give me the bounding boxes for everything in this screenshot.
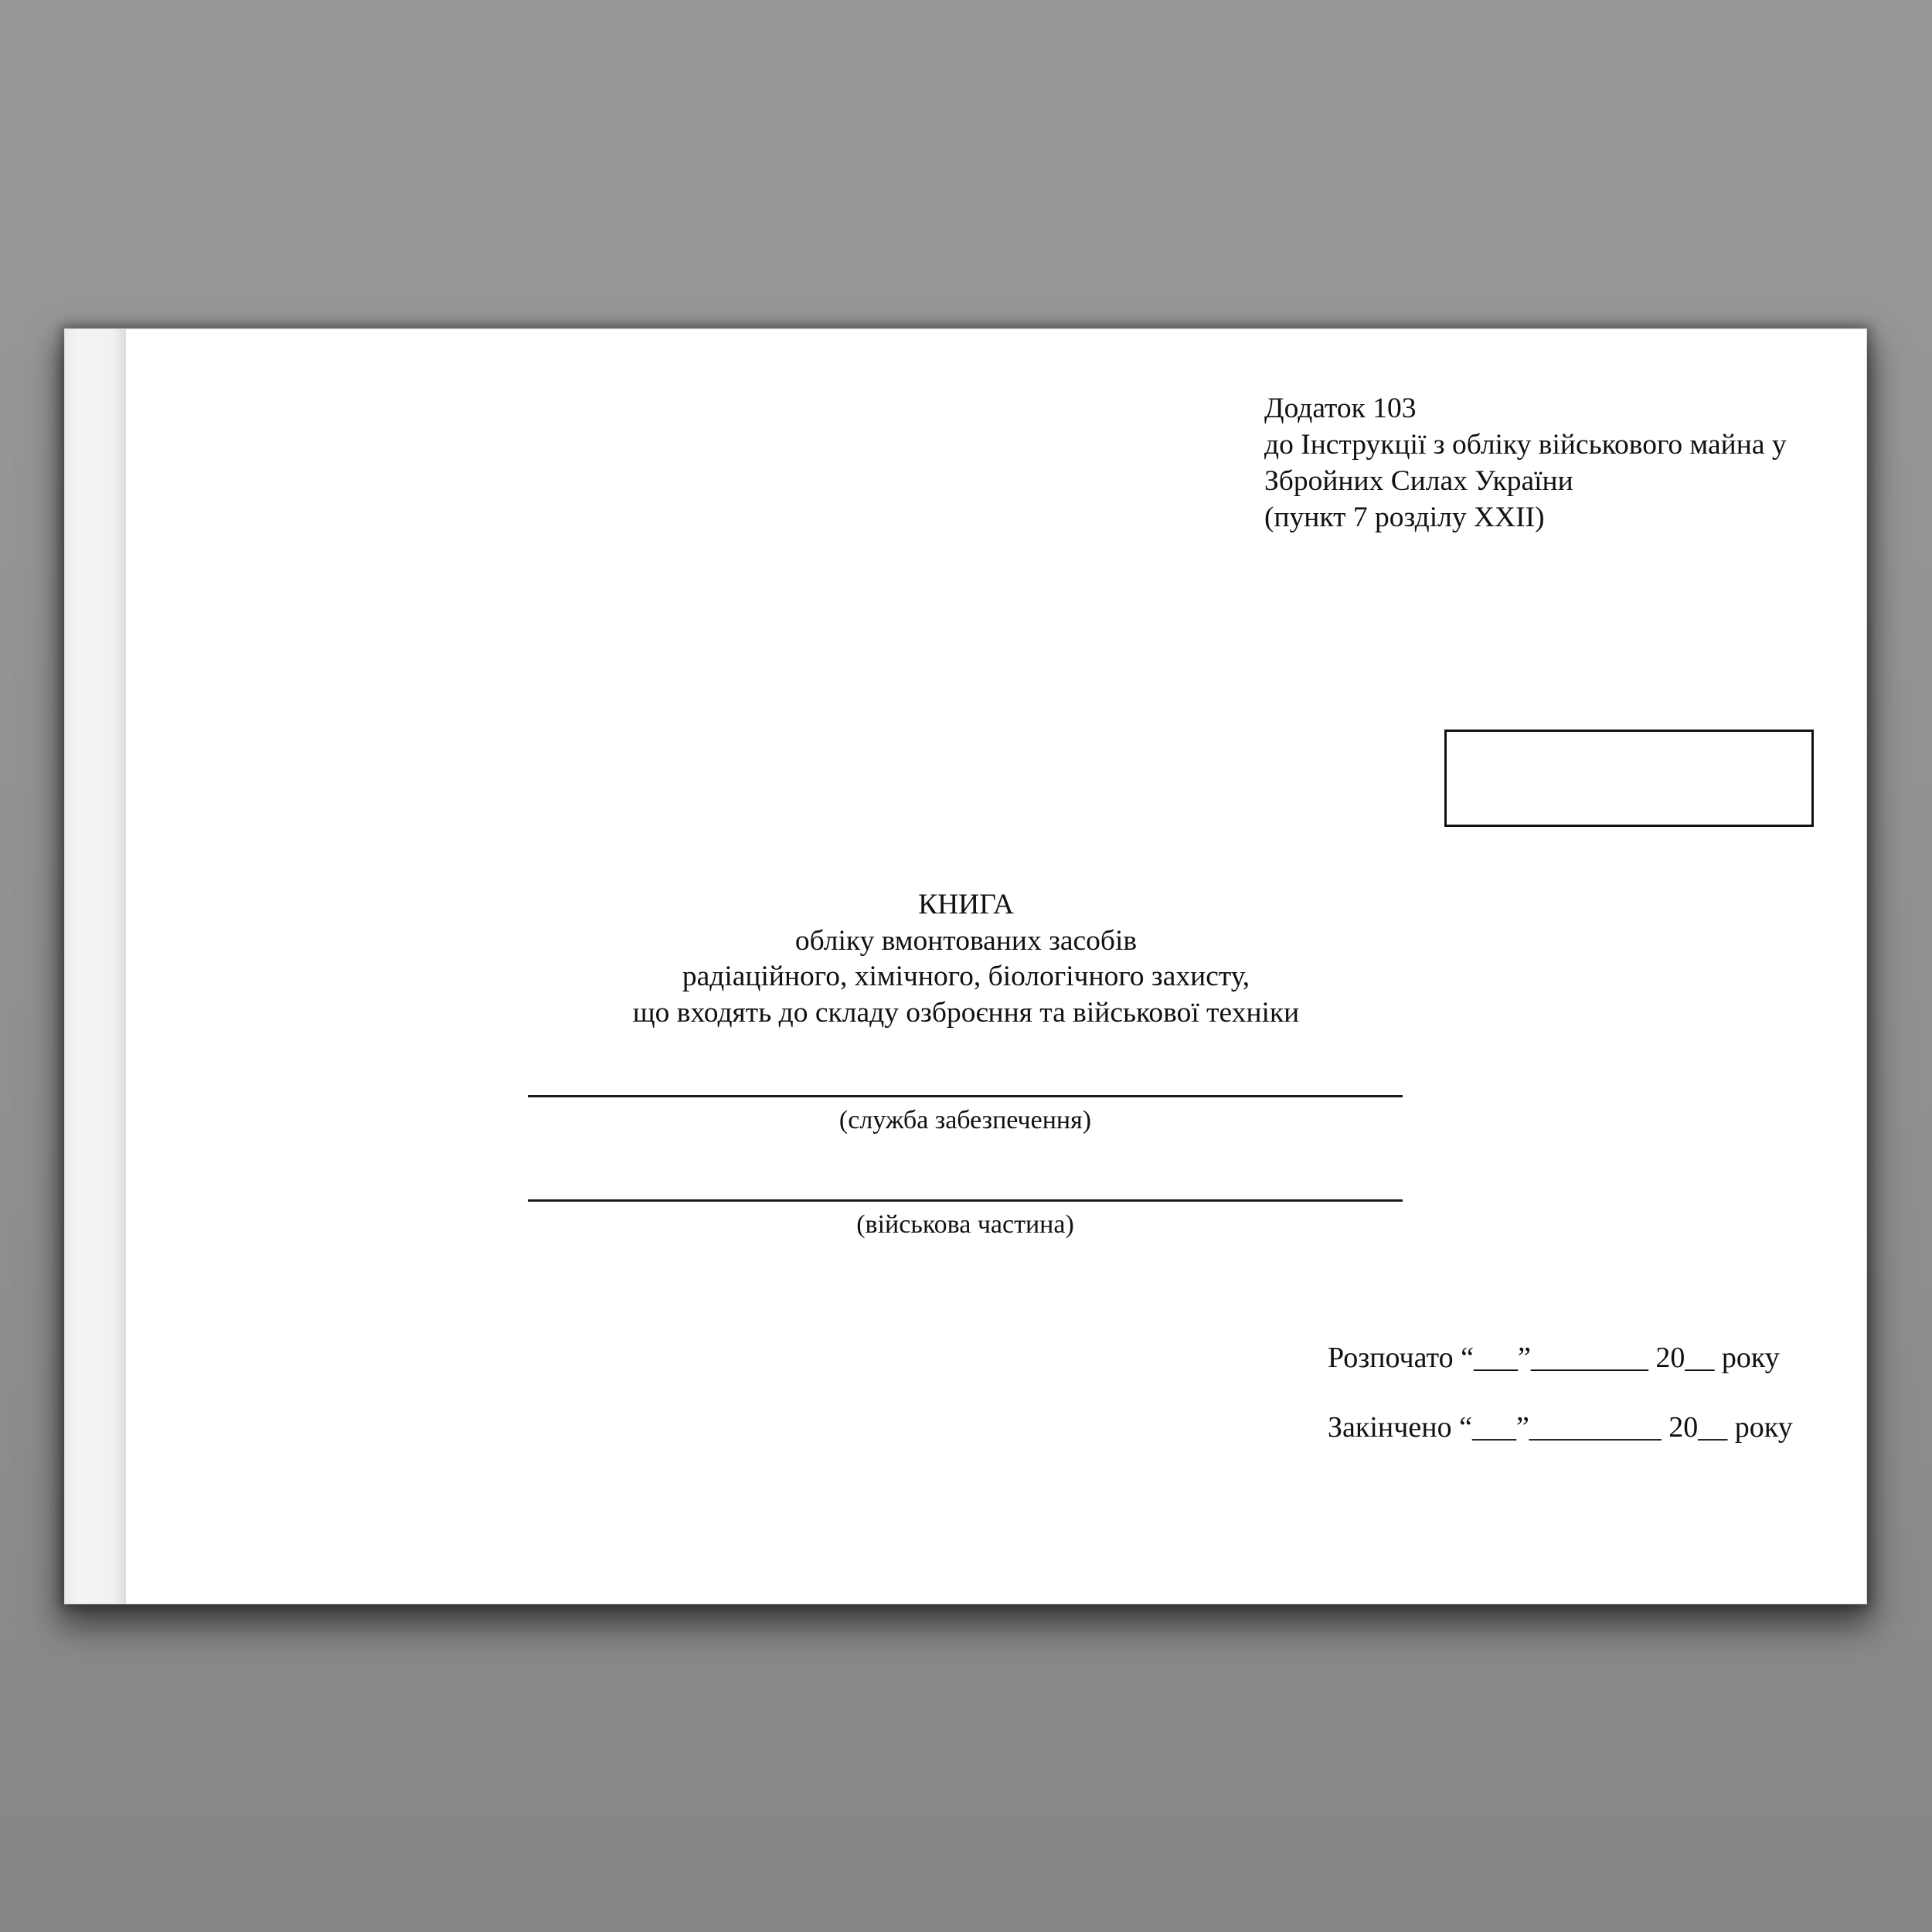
- appendix-number: Додаток 103: [1264, 390, 1787, 427]
- book-cover: Додаток 103 до Інструкції з обліку війсь…: [64, 328, 1867, 1604]
- service-field-line[interactable]: [528, 1095, 1403, 1097]
- title-line-2: радіаційного, хімічного, біологічного за…: [633, 959, 1299, 995]
- date-finished: Закінчено “___”_________ 20__ року: [1328, 1410, 1793, 1444]
- title-line-1: обліку вмонтованих засобів: [633, 923, 1299, 960]
- date-started: Розпочато “___”________ 20__ року: [1328, 1341, 1780, 1375]
- appendix-clause: (пункт 7 розділу XXII): [1264, 499, 1787, 536]
- appendix-forces: Збройних Силах України: [1264, 463, 1787, 499]
- title-heading: КНИГА: [633, 887, 1299, 923]
- title-line-3: що входять до складу озброєння та військ…: [633, 995, 1299, 1032]
- appendix-instruction: до Інструкції з обліку військового майна…: [1264, 427, 1787, 463]
- book-spine: [64, 328, 126, 1604]
- unit-field-label: (військова частина): [528, 1209, 1403, 1240]
- service-field-label: (служба забезпечення): [528, 1105, 1403, 1136]
- unit-field-line[interactable]: [528, 1199, 1403, 1202]
- appendix-reference: Додаток 103 до Інструкції з обліку війсь…: [1264, 390, 1787, 536]
- registration-box[interactable]: [1444, 730, 1814, 827]
